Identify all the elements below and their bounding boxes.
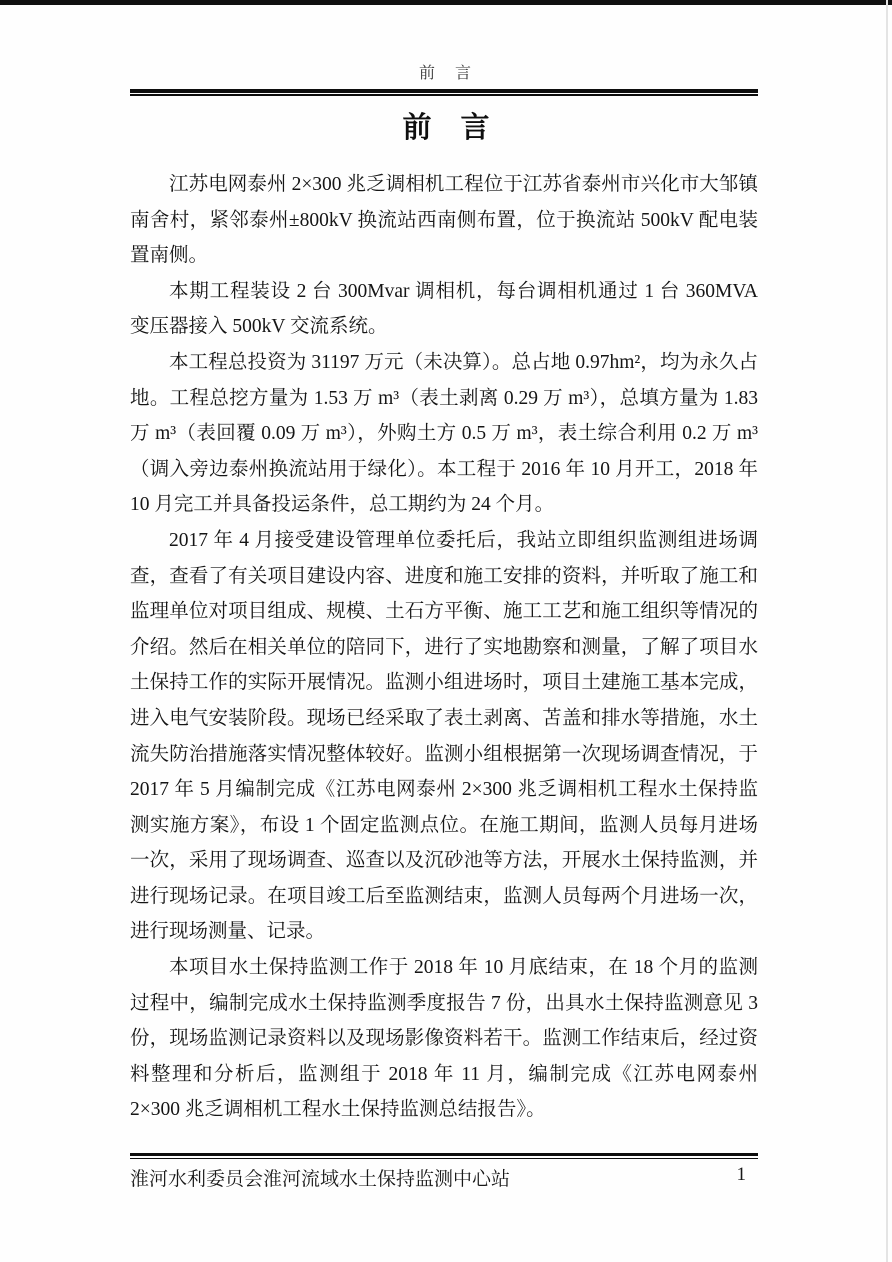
- running-header-title: 前 言: [0, 60, 892, 83]
- paragraph-investment-earthwork: 本工程总投资为 31197 万元（未决算）。总占地 0.97hm²，均为永久占地…: [130, 345, 758, 523]
- page-footer: 淮河水利委员会淮河流域水土保持监测中心站 1: [130, 1164, 758, 1191]
- page-title: 前 言: [0, 105, 892, 146]
- paragraph-monitoring-process: 2017 年 4 月接受建设管理单位委托后，我站立即组织监测组进场调查，查看了有…: [130, 523, 758, 950]
- paragraph-monitoring-results: 本项目水土保持监测工作于 2018 年 10 月底结束，在 18 个月的监测过程…: [130, 950, 758, 1128]
- page-number: 1: [737, 1164, 759, 1186]
- footer-organization: 淮河水利委员会淮河流域水土保持监测中心站: [130, 1164, 510, 1191]
- header-double-rule: [130, 89, 758, 96]
- page-scan-top-edge: [0, 0, 892, 5]
- paragraph-project-location: 江苏电网泰州 2×300 兆乏调相机工程位于江苏省泰州市兴化市大邹镇南舍村，紧邻…: [130, 167, 758, 274]
- page-scan-right-edge: [886, 0, 888, 1262]
- paragraph-project-scale: 本期工程装设 2 台 300Mvar 调相机，每台调相机通过 1 台 360MV…: [130, 274, 758, 345]
- document-body: 江苏电网泰州 2×300 兆乏调相机工程位于江苏省泰州市兴化市大邹镇南舍村，紧邻…: [130, 167, 758, 1128]
- document-page: 前 言 前 言 江苏电网泰州 2×300 兆乏调相机工程位于江苏省泰州市兴化市大…: [0, 0, 892, 1262]
- footer-double-rule: [130, 1153, 758, 1159]
